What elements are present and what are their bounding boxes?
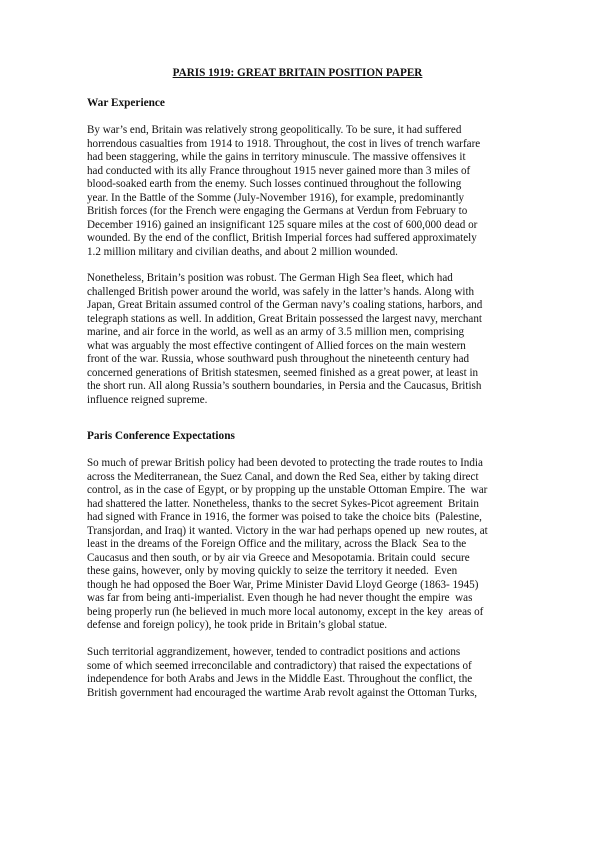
text-line: year. In the Battle of the Somme (July-N… [87, 192, 517, 206]
text-line: concerned generations of British statesm… [87, 367, 517, 381]
text-line: what was arguably the most effective con… [87, 340, 517, 354]
text-line: Japan, Great Britain assumed control of … [87, 299, 517, 313]
text-line: was far from being anti-imperialist. Eve… [87, 592, 517, 606]
document-title: PARIS 1919: GREAT BRITAIN POSITION PAPER [0, 67, 595, 79]
paragraph-paris-conference-1: So much of prewar British policy had bee… [87, 457, 517, 633]
text-line: across the Mediterranean, the Suez Canal… [87, 471, 517, 485]
text-line: wounded. By the end of the conflict, Bri… [87, 232, 517, 246]
text-line: defense and foreign policy), he took pri… [87, 619, 517, 633]
text-line: British forces (for the French were enga… [87, 205, 517, 219]
text-line: Nonetheless, Britain’s position was robu… [87, 272, 517, 286]
text-line: being properly run (he believed in much … [87, 606, 517, 620]
paragraph-war-experience-2: Nonetheless, Britain’s position was robu… [87, 272, 517, 407]
text-line: the short run. All along Russia’s southe… [87, 380, 517, 394]
text-line: Transjordan, and Iraq) it wanted. Victor… [87, 525, 517, 539]
text-line: least in the dreams of the Foreign Offic… [87, 538, 517, 552]
section-heading-war-experience: War Experience [87, 97, 165, 109]
paragraph-paris-conference-2: Such territorial aggrandizement, however… [87, 646, 517, 700]
text-line: had shattered the latter. Nonetheless, t… [87, 498, 517, 512]
text-line: So much of prewar British policy had bee… [87, 457, 517, 471]
text-line: had conducted with its ally France throu… [87, 165, 517, 179]
section-heading-paris-conference-expectations: Paris Conference Expectations [87, 430, 235, 442]
text-line: 1.2 million military and civilian deaths… [87, 246, 517, 260]
text-line: marine, and air force in the world, as w… [87, 326, 517, 340]
text-line: Such territorial aggrandizement, however… [87, 646, 517, 660]
text-line: By war’s end, Britain was relatively str… [87, 124, 517, 138]
text-line: these gains, however, only by moving qui… [87, 565, 517, 579]
text-line: telegraph stations as well. In addition,… [87, 313, 517, 327]
text-line: blood-soaked earth from the enemy. Such … [87, 178, 517, 192]
text-line: some of which seemed irreconcilable and … [87, 660, 517, 674]
text-line: though he had opposed the Boer War, Prim… [87, 579, 517, 593]
text-line: Caucasus and then south, or by air via G… [87, 552, 517, 566]
text-line: December 1916) gained an insignificant 1… [87, 219, 517, 233]
text-line: horrendous casualties from 1914 to 1918.… [87, 138, 517, 152]
document-page: PARIS 1919: GREAT BRITAIN POSITION PAPER… [0, 0, 595, 842]
text-line: independence for both Arabs and Jews in … [87, 673, 517, 687]
text-line: front of the war. Russia, whose southwar… [87, 353, 517, 367]
text-line: had been staggering, while the gains in … [87, 151, 517, 165]
paragraph-war-experience-1: By war’s end, Britain was relatively str… [87, 124, 517, 259]
text-line: challenged British power around the worl… [87, 286, 517, 300]
text-line: had signed with France in 1916, the form… [87, 511, 517, 525]
text-line: control, as in the case of Egypt, or by … [87, 484, 517, 498]
text-line: influence reigned supreme. [87, 394, 517, 408]
text-line: British government had encouraged the wa… [87, 687, 517, 701]
